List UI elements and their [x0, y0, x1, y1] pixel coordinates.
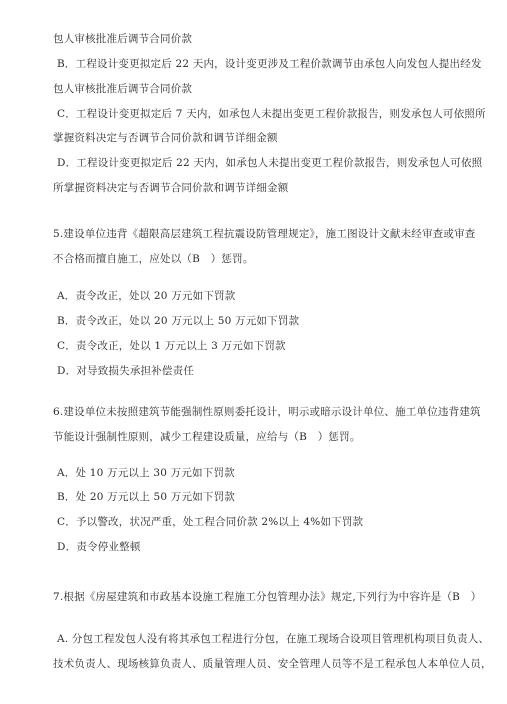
question-7-option-a-line-1: A. 分包工程发包人没有将其承包工程进行分包，在施工现场合设项目管理机构项目负责… [57, 632, 489, 646]
question-6-stem-line-2: 节能设计强制性原则，减少工程建设质量，应给与（B ）惩罚。 [53, 430, 361, 444]
question-7-stem: 7.根据《房屋建筑和市政基本设施工程施工分包管理办法》规定,下列行为中容许是（B… [53, 590, 481, 604]
question-6-option-a: A．处 10 万元以上 30 万元如下罚款 [57, 466, 235, 480]
question-5-option-c: C．责令改正，处以 1 万元以上 3 万元如下罚款 [57, 339, 286, 353]
question-6-option-b: B．处 20 万元以上 50 万元如下罚款 [57, 490, 235, 504]
continuation-line: 包人审核批准后调节合同价款 [53, 32, 192, 46]
question-5-option-b: B．责令改正，处以 20 万元以上 50 万元如下罚款 [57, 314, 299, 328]
option-b-line-1: B．工程设计变更拟定后 22 天内，设计变更涉及工程价款调节由承包人向发包人提出… [57, 57, 482, 71]
document-page: 包人审核批准后调节合同价款 B．工程设计变更拟定后 22 天内，设计变更涉及工程… [0, 0, 507, 704]
question-5-stem-line-1: 5.建设单位违背《超限高层建筑工程抗震设防管理规定》，施工图设计文献未经审查或审… [53, 227, 475, 241]
question-5-option-d: D．对导致损失承担补偿责任 [57, 364, 194, 378]
question-5-stem-line-2: 不合格而擅自施工，应处以（B ）惩罚。 [53, 252, 254, 266]
option-b-line-2: 包人审核批准后调节合同价款 [53, 82, 192, 96]
option-c-line-2: 掌握资料决定与否调节合同价款和调节详细金额 [53, 131, 278, 145]
question-6-stem-line-1: 6.建设单位未按照建筑节能强制性原则委托设计，明示或暗示设计单位、施工单位违背建… [53, 405, 481, 419]
option-c-line-1: C．工程设计变更拟定后 7 天内，如承包人未提出变更工程价款报告，则发承包人可依… [57, 107, 486, 121]
question-6-option-c: C．予以警改，状况严重，处工程合同价款 2%以上 4%如下罚款 [57, 515, 363, 529]
question-6-option-d: D．责令停业整顿 [57, 540, 141, 554]
question-7-option-a-line-2: 技术负责人、现场核算负责人、质量管理人员、安全管理人员等不是工程承包人本单位人员… [53, 657, 492, 671]
option-d-line-2: 所掌握资料决定与否调节合同价款和调节详细金额 [53, 181, 288, 195]
question-5-option-a: A．责令改正，处以 20 万元如下罚款 [57, 289, 235, 303]
option-d-line-1: D．工程设计变更拟定后 22 天内，如承包人未提出变更工程价款报告，则发承包人可… [57, 156, 482, 170]
